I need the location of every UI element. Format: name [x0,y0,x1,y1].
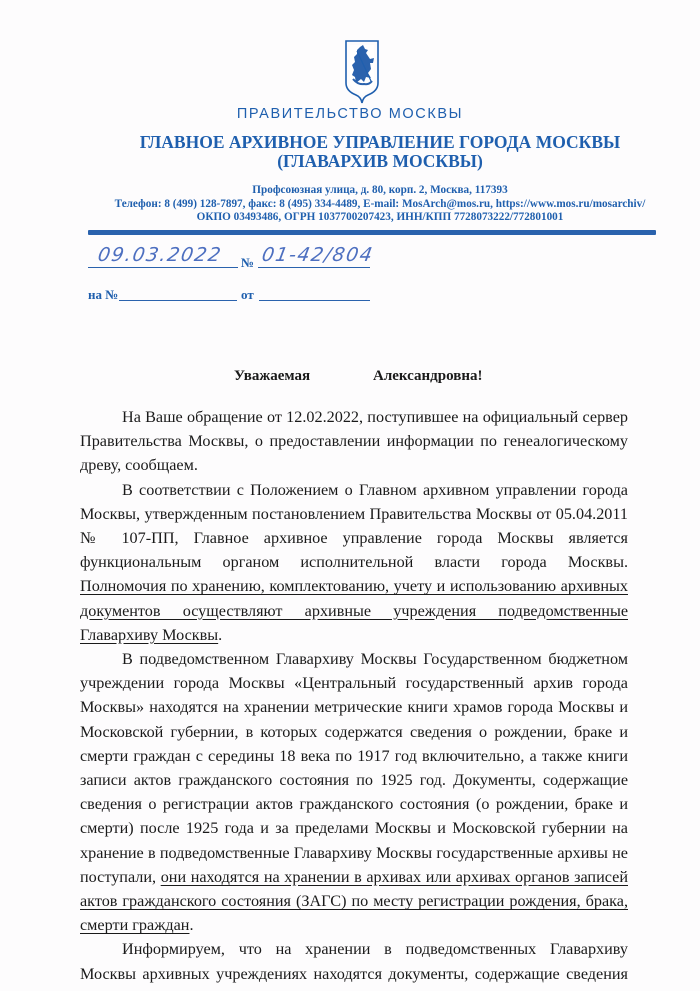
government-title: ПРАВИТЕЛЬСТВО МОСКВЫ [0,106,700,122]
letter-page: ПРАВИТЕЛЬСТВО МОСКВЫ ГЛАВНОЕ АРХИВНОЕ УП… [0,0,700,991]
underlined-text: они находятся на хранении в архивах или … [80,868,628,934]
outgoing-date: 09.03.2022 [96,244,224,266]
contact-block: Профсоюзная улица, д. 80, корп. 2, Москв… [0,184,700,225]
date-underline [88,267,238,268]
number-label: № [241,255,254,271]
address: Профсоюзная улица, д. 80, корп. 2, Москв… [0,184,700,198]
letter-body: На Ваше обращение от 12.02.2022, поступи… [80,405,628,986]
reference-number-field [119,300,237,301]
registration-codes: ОКПО 03493486, ОГРН 1037700207423, ИНН/К… [0,211,700,225]
salutation-word: Уважаемая [234,368,310,385]
outgoing-number: 01-42/804 [260,244,375,266]
organization-short-name: (ГЛАВАРХИВ МОСКВЫ) [0,152,700,171]
reference-number-label: на № [88,287,118,303]
reference-date-field [259,300,370,301]
organization-name: ГЛАВНОЕ АРХИВНОЕ УПРАВЛЕНИЕ ГОРОДА МОСКВ… [0,133,700,152]
salutation-patronymic: Александровна! [373,368,482,385]
phones-email: Телефон: 8 (499) 128-7897, факс: 8 (495)… [0,198,700,212]
organization-title: ГЛАВНОЕ АРХИВНОЕ УПРАВЛЕНИЕ ГОРОДА МОСКВ… [0,133,700,171]
letterhead-divider [88,230,656,235]
paragraph: На Ваше обращение от 12.02.2022, поступи… [80,405,628,478]
paragraph: Информируем, что на хранении в подведомс… [80,937,628,985]
moscow-coat-of-arms-icon [344,39,380,105]
underlined-text: Полномочия по хранению, комплектованию, … [80,577,628,643]
paragraph: В соответствии с Положением о Главном ар… [80,478,628,647]
number-underline [258,267,370,268]
reference-date-label: от [241,287,254,303]
paragraph: В подведомственном Главархиву Москвы Гос… [80,647,628,937]
